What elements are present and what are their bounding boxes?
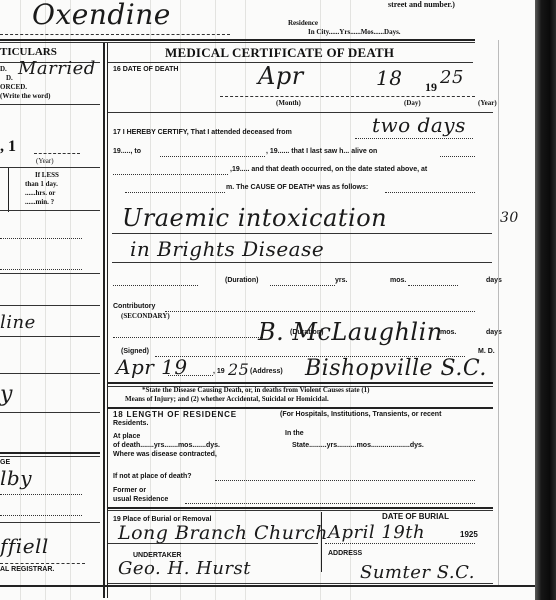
signed-year-prefix: , 19 bbox=[213, 368, 225, 375]
yrs-label: yrs. bbox=[335, 277, 347, 284]
date-of-death-label: 16 DATE OF DEATH bbox=[113, 66, 178, 73]
marital-option-2: D. bbox=[6, 74, 13, 82]
length-of-residence-label: 18 LENGTH OF RESIDENCE bbox=[113, 410, 237, 419]
scan-edge-band bbox=[535, 0, 556, 600]
marital-option-1: D. bbox=[0, 65, 7, 73]
header-divider bbox=[0, 39, 475, 41]
residence-label: Residence bbox=[288, 19, 318, 27]
if-less-label: If LESS bbox=[35, 171, 59, 179]
mos-label: mos. bbox=[390, 277, 406, 284]
days-2-label: days bbox=[486, 329, 502, 336]
handwritten-fragment-1: line bbox=[0, 312, 36, 333]
usual-residence-label: usual Residence bbox=[113, 496, 168, 503]
cause-of-death-line-2: in Brights Disease bbox=[130, 237, 324, 261]
column-divider bbox=[103, 43, 105, 598]
burial-place: Long Branch Church bbox=[118, 522, 328, 544]
age-label-fragment: GE bbox=[0, 459, 10, 466]
surname-underline bbox=[0, 34, 230, 35]
secondary-label: (SECONDARY) bbox=[121, 312, 170, 320]
particulars-title: TICULARS bbox=[0, 46, 57, 58]
undertaker-address: Sumter S.C. bbox=[360, 562, 475, 583]
state-label: State.........yrs..........mos..........… bbox=[292, 442, 424, 449]
undertaker-name: Geo. H. Hurst bbox=[118, 558, 251, 579]
certify-line-4: m. The CAUSE OF DEATH* was as follows: bbox=[226, 184, 368, 191]
residence-note: (For Hospitals, Institutions, Transients… bbox=[280, 411, 441, 418]
hrs-label: ......hrs. or bbox=[25, 189, 55, 197]
md-label: M. D. bbox=[478, 348, 495, 355]
cause-margin-note: 30 bbox=[500, 210, 519, 226]
certify-line-3: ,19..... and that death occurred, on the… bbox=[230, 166, 427, 173]
year-label-16: (Year) bbox=[478, 99, 497, 107]
residence-note-2: Residents. bbox=[113, 420, 148, 427]
former-label: Former or bbox=[113, 487, 146, 494]
day-label: (Day) bbox=[404, 99, 421, 107]
death-day: 18 bbox=[376, 66, 402, 90]
date-of-burial-label: DATE OF BURIAL bbox=[382, 512, 449, 521]
physician-address: Bishopville S.C. bbox=[305, 356, 487, 381]
signed-label: (Signed) bbox=[121, 348, 149, 355]
of-death-label: of death.......yrs.......mos.......dys. bbox=[113, 442, 220, 449]
surname-handwritten: Oxendine bbox=[32, 0, 171, 31]
than-one-day-label: than 1 day. bbox=[25, 180, 58, 188]
physician-signature: B. McLaughlin bbox=[258, 318, 443, 346]
if-not-at-place-label: If not at place of death? bbox=[113, 473, 192, 480]
footnote-line-2: Means of Injury; and (2) whether Acciden… bbox=[125, 395, 329, 403]
registrar-signature: ffiell bbox=[0, 534, 49, 558]
cause-of-death-line-1: Uraemic intoxication bbox=[122, 204, 387, 232]
duration-label: (Duration) bbox=[225, 277, 258, 284]
marital-option-3: ORCED. bbox=[0, 83, 27, 91]
handwritten-fragment-3: lby bbox=[0, 466, 32, 490]
at-place-label: At place bbox=[113, 433, 140, 440]
address-label: (Address) bbox=[250, 368, 283, 375]
death-month: Apr bbox=[258, 62, 304, 90]
street-and-number-label: street and number.) bbox=[388, 0, 455, 9]
contributory-label: Contributory bbox=[113, 303, 155, 310]
death-year-prefix: 19 bbox=[425, 80, 437, 95]
burial-address-label: ADDRESS bbox=[328, 550, 362, 557]
signed-year: 25 bbox=[228, 360, 249, 379]
attended-duration: two days bbox=[372, 113, 466, 137]
year-label: (Year) bbox=[36, 157, 54, 165]
in-city-label: In City......Yrs......Mos......Days. bbox=[308, 28, 401, 36]
certificate-title: MEDICAL CERTIFICATE OF DEATH bbox=[165, 45, 394, 61]
days-label: days bbox=[486, 277, 502, 284]
handwritten-fragment-2: y bbox=[0, 382, 13, 407]
min-label: ......min. ? bbox=[25, 198, 54, 206]
death-year: 25 bbox=[440, 67, 464, 88]
marital-instruction: (Write the word) bbox=[0, 92, 50, 100]
certify-line-1: 17 I HEREBY CERTIFY, That I attended dec… bbox=[113, 129, 292, 136]
month-label: (Month) bbox=[276, 99, 301, 107]
where-contracted-label: Where was disease contracted, bbox=[113, 451, 217, 458]
header-divider-2 bbox=[0, 42, 475, 43]
marital-status-value: Married bbox=[18, 58, 96, 79]
in-the-label: In the bbox=[285, 430, 304, 437]
registrar-label: AL REGISTRAR. bbox=[0, 566, 54, 573]
footnote-line-1: *State the Disease Causing Death, or, in… bbox=[142, 386, 370, 394]
burial-year: 1925 bbox=[460, 530, 478, 539]
certify-line-2b: , 19...... that I last saw h... alive on bbox=[266, 148, 377, 155]
burial-date: April 19th bbox=[328, 522, 425, 543]
column-divider-2 bbox=[107, 43, 108, 598]
birth-year-prefix: , 1 bbox=[0, 138, 16, 156]
certify-line-2a: 19....., to bbox=[113, 148, 141, 155]
